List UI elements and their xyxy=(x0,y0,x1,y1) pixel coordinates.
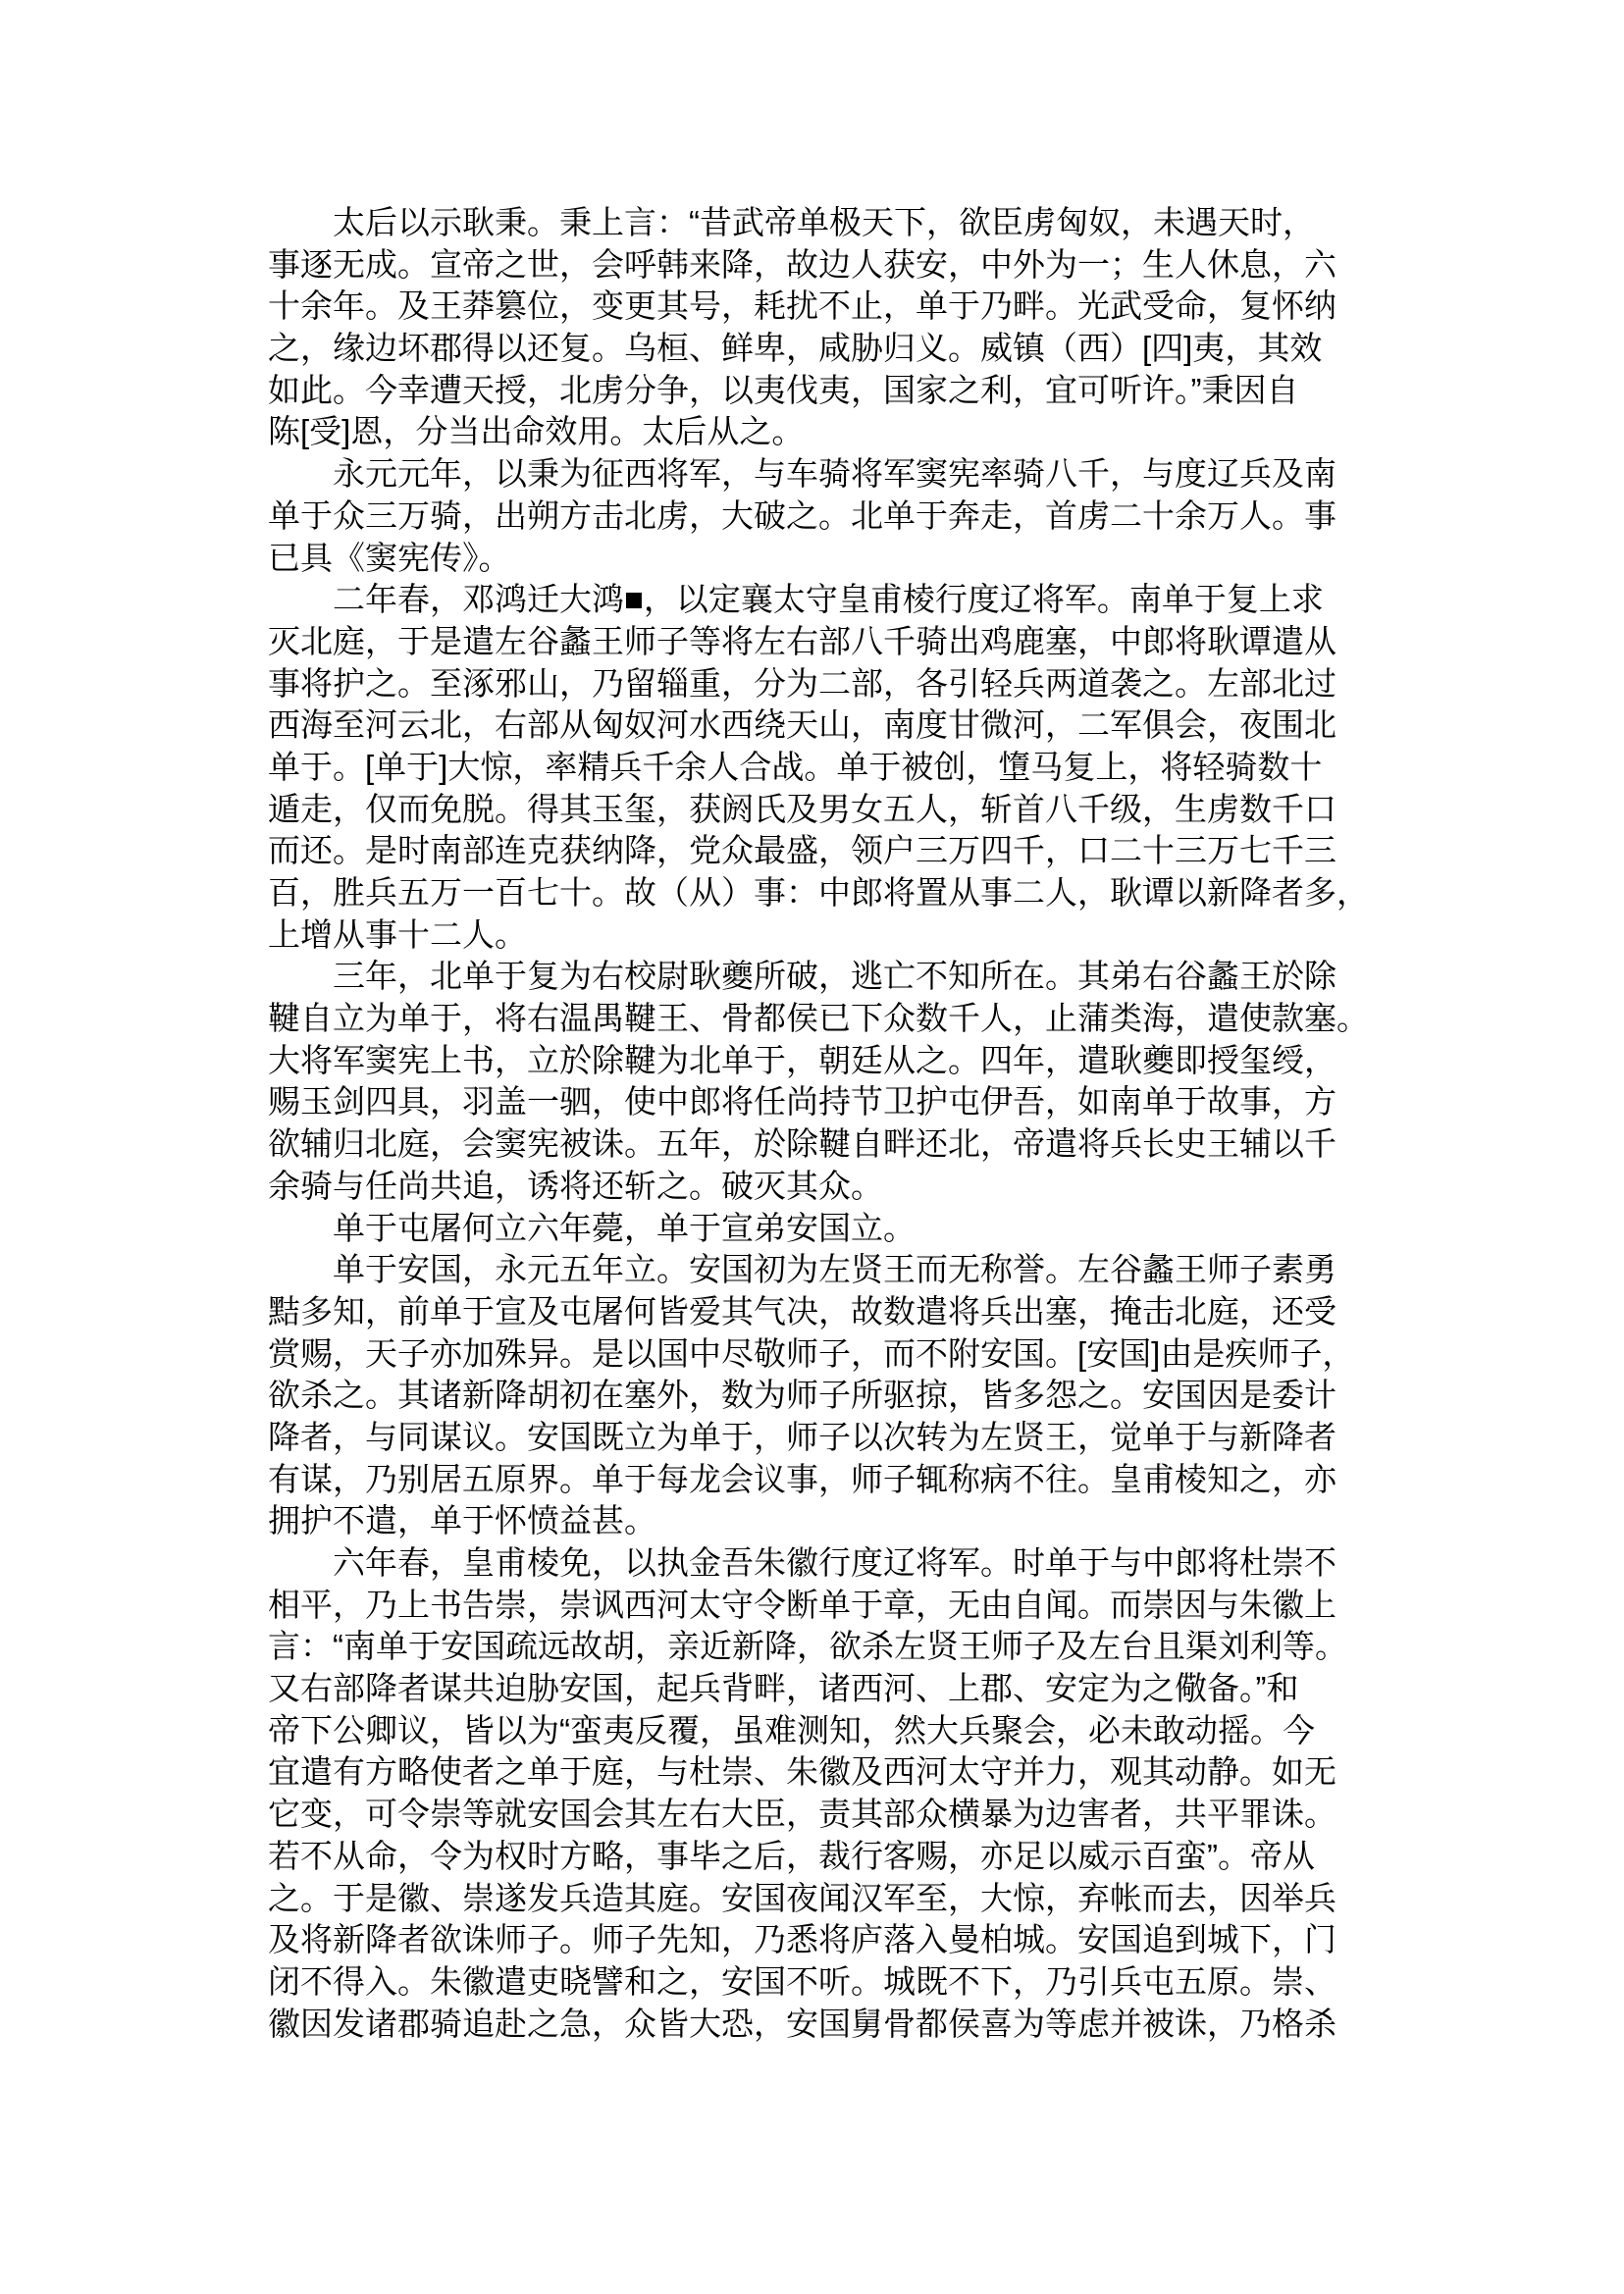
text-block: 太后以示耿秉。秉上言：“昔武帝单极天下，欲臣虏匈奴，未遇天时，事逐无成。宣帝之世… xyxy=(268,202,1343,2045)
text-line: 陈[受]恩，分当出命效用。太后从之。 xyxy=(268,411,1343,453)
text-line: 赐玉剑四具，羽盖一驷，使中郎将任尚持节卫护屯伊吾，如南单于故事，方 xyxy=(268,1081,1343,1123)
text-line: 单于众三万骑，出朔方击北虏，大破之。北单于奔走，首虏二十余万人。事 xyxy=(268,495,1343,538)
text-line: 六年春，皇甫棱免，以执金吾朱徽行度辽将军。时单于与中郎将杜崇不 xyxy=(268,1542,1343,1585)
text-line: 大将军窦宪上书，立於除鞬为北单于，朝廷从之。四年，遣耿夔即授玺绶， xyxy=(268,1040,1343,1082)
text-line: 之。于是徽、崇遂发兵造其庭。安国夜闻汉军至，大惊，弃帐而去，因举兵 xyxy=(268,1878,1343,1920)
text-line: 百，胜兵五万一百七十。故（从）事：中郎将置从事二人，耿谭以新降者多， xyxy=(268,872,1343,914)
text-line: 事逐无成。宣帝之世，会呼韩来降，故边人获安，中外为一；生人休息，六 xyxy=(268,244,1343,287)
text-line: 鞬自立为单于，将右温禺鞬王、骨都侯已下众数千人，止蒲类海，遣使款塞。 xyxy=(268,998,1343,1040)
document-page: 太后以示耿秉。秉上言：“昔武帝单极天下，欲臣虏匈奴，未遇天时，事逐无成。宣帝之世… xyxy=(0,0,1624,2294)
text-line: 上增从事十二人。 xyxy=(268,914,1343,957)
text-line: 闭不得入。朱徽遣吏晓譬和之，安国不听。城既不下，乃引兵屯五原。崇、 xyxy=(268,1961,1343,2004)
text-line: 西海至河云北，右部从匈奴河水西绕天山，南度甘微河，二军俱会，夜围北 xyxy=(268,704,1343,747)
text-line: 事将护之。至涿邪山，乃留辎重，分为二部，各引轻兵两道袭之。左部北过 xyxy=(268,663,1343,705)
text-line: 帝下公卿议，皆以为“蛮夷反覆，虽难测知，然大兵聚会，必未敢动摇。今 xyxy=(268,1710,1343,1752)
text-line: 相平，乃上书告崇，崇讽西河太守令断单于章，无由自闻。而崇因与朱徽上 xyxy=(268,1585,1343,1627)
text-line: 降者，与同谋议。安国既立为单于，师子以次转为左贤王，觉单于与新降者 xyxy=(268,1417,1343,1459)
paragraph: 六年春，皇甫棱免，以执金吾朱徽行度辽将军。时单于与中郎将杜崇不相平，乃上书告崇，… xyxy=(268,1542,1343,2045)
text-line: 若不从命，令为权时方略，事毕之后，裁行客赐，亦足以威示百蛮”。帝从 xyxy=(268,1836,1343,1878)
text-line: 已具《窦宪传》。 xyxy=(268,538,1343,580)
text-line: 欲辅归北庭，会窦宪被诛。五年，於除鞬自畔还北，帝遣将兵长史王辅以千 xyxy=(268,1123,1343,1166)
text-line: 黠多知，前单于宣及屯屠何皆爱其气决，故数遣将兵出塞，掩击北庭，还受 xyxy=(268,1291,1343,1333)
text-line: 而还。是时南部连克获纳降，党众最盛，领户三万四千，口二十三万七千三 xyxy=(268,830,1343,872)
text-line: 拥护不遣，单于怀愤益甚。 xyxy=(268,1500,1343,1542)
text-line: 单于安国，永元五年立。安国初为左贤王而无称誉。左谷蠡王师子素勇 xyxy=(268,1249,1343,1291)
text-line: 及将新降者欲诛师子。师子先知，乃悉将庐落入曼柏城。安国追到城下，门 xyxy=(268,1919,1343,1961)
text-line: 它变，可令崇等就安国会其左右大臣，责其部众横暴为边害者，共平罪诛。 xyxy=(268,1794,1343,1836)
text-line: 宜遣有方略使者之单于庭，与杜崇、朱徽及西河太守并力，观其动静。如无 xyxy=(268,1751,1343,1794)
paragraph: 单于安国，永元五年立。安国初为左贤王而无称誉。左谷蠡王师子素勇黠多知，前单于宣及… xyxy=(268,1249,1343,1542)
paragraph: 太后以示耿秉。秉上言：“昔武帝单极天下，欲臣虏匈奴，未遇天时，事逐无成。宣帝之世… xyxy=(268,202,1343,453)
text-line: 余骑与任尚共追，诱将还斩之。破灭其众。 xyxy=(268,1166,1343,1208)
paragraph: 三年，北单于复为右校尉耿夔所破，逃亡不知所在。其弟右谷蠡王於除鞬自立为单于，将右… xyxy=(268,956,1343,1207)
text-line: 如此。今幸遭天授，北虏分争，以夷伐夷，国家之利，宜可听许。”秉因自 xyxy=(268,370,1343,412)
text-line: 遁走，仅而免脱。得其玉玺，获阏氏及男女五人，斩首八千级，生虏数千口 xyxy=(268,789,1343,831)
text-line: 又右部降者谋共迫胁安国，起兵背畔，诸西河、上郡、安定为之儆备。”和 xyxy=(268,1668,1343,1710)
text-line: 之，缘边坏郡得以还复。乌桓、鲜卑，咸胁归义。威镇（西）[四]夷，其效 xyxy=(268,328,1343,370)
text-line: 言：“南单于安国疏远故胡，亲近新降，欲杀左贤王师子及左台且渠刘利等。 xyxy=(268,1626,1343,1668)
text-line: 太后以示耿秉。秉上言：“昔武帝单极天下，欲臣虏匈奴，未遇天时， xyxy=(268,202,1343,244)
text-line: 灭北庭，于是遣左谷蠡王师子等将左右部八千骑出鸡鹿塞，中郎将耿谭遣从 xyxy=(268,621,1343,663)
text-line: 有谋，乃别居五原界。单于每龙会议事，师子辄称病不往。皇甫棱知之，亦 xyxy=(268,1459,1343,1501)
paragraph: 二年春，邓鸿迁大鸿■，以定襄太守皇甫棱行度辽将军。南单于复上求灭北庭，于是遣左谷… xyxy=(268,579,1343,956)
text-line: 永元元年，以秉为征西将军，与车骑将军窦宪率骑八千，与度辽兵及南 xyxy=(268,453,1343,495)
text-line: 二年春，邓鸿迁大鸿■，以定襄太守皇甫棱行度辽将军。南单于复上求 xyxy=(268,579,1343,621)
text-line: 十余年。及王莽篡位，变更其号，耗扰不止，单于乃畔。光武受命，复怀纳 xyxy=(268,286,1343,328)
text-line: 三年，北单于复为右校尉耿夔所破，逃亡不知所在。其弟右谷蠡王於除 xyxy=(268,956,1343,998)
text-line: 单于屯屠何立六年薨，单于宣弟安国立。 xyxy=(268,1208,1343,1250)
text-line: 徽因发诸郡骑追赴之急，众皆大恐，安国舅骨都侯喜为等虑并被诛，乃格杀 xyxy=(268,2004,1343,2046)
text-line: 欲杀之。其诸新降胡初在塞外，数为师子所驱掠，皆多怨之。安国因是委计 xyxy=(268,1375,1343,1417)
text-line: 单于。[单于]大惊，率精兵千余人合战。单于被创，墯马复上，将轻骑数十 xyxy=(268,747,1343,789)
paragraph: 永元元年，以秉为征西将军，与车骑将军窦宪率骑八千，与度辽兵及南单于众三万骑，出朔… xyxy=(268,453,1343,579)
paragraph: 单于屯屠何立六年薨，单于宣弟安国立。 xyxy=(268,1208,1343,1250)
text-line: 赏赐，天子亦加殊异。是以国中尽敬师子，而不附安国。[安国]由是疾师子， xyxy=(268,1333,1343,1376)
